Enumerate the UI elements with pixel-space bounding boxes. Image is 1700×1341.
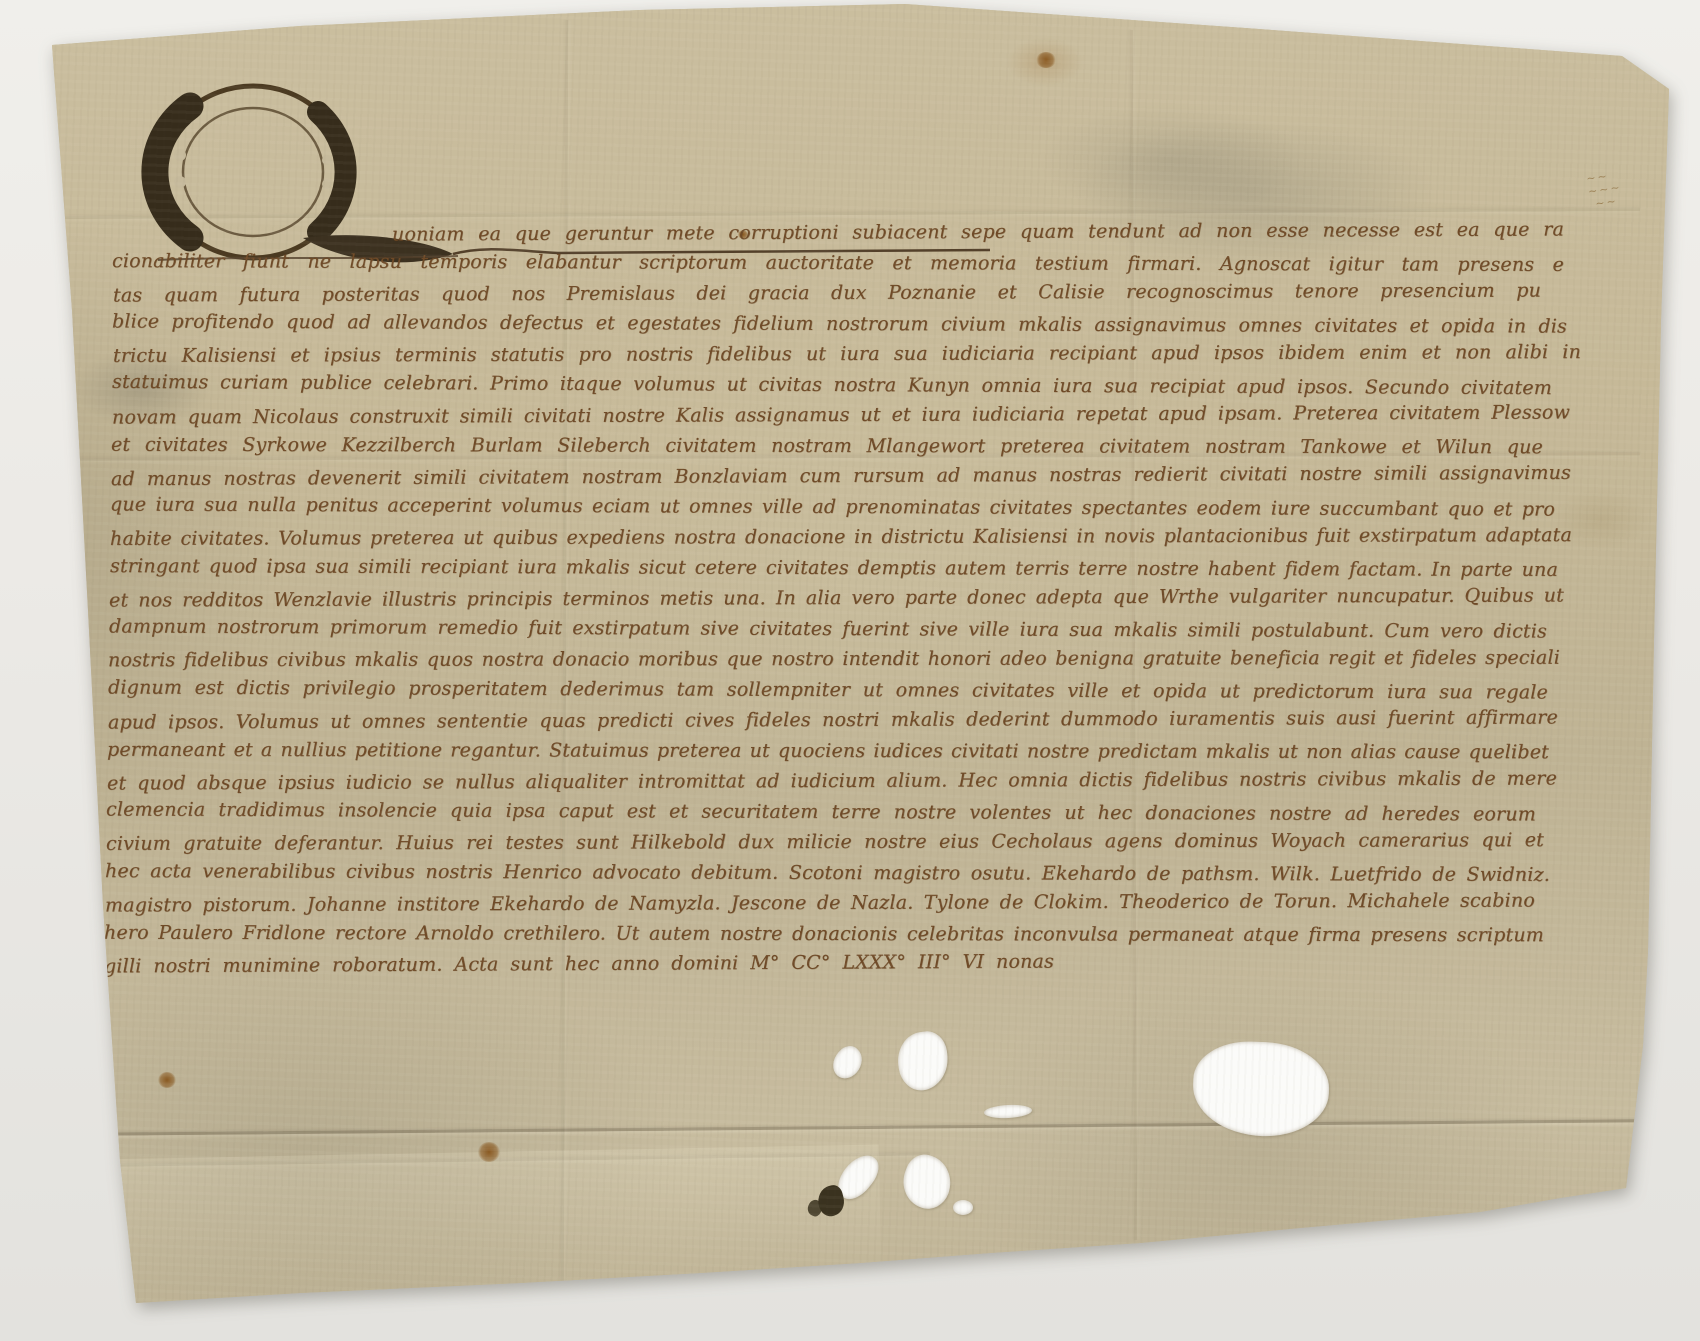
charter-text: uoniam ea que geruntur mete corruptioni …	[0, 0, 1700, 1341]
text-line: hero Paulero Fridlone rectore Arnoldo cr…	[104, 919, 1544, 953]
parchment-wrap: ~~~~~ ~~ uoniam ea que geruntur mete cor…	[0, 0, 1700, 1341]
parchment-charter: ~~~~~ ~~ uoniam ea que geruntur mete cor…	[0, 0, 1700, 1341]
text-line: trictu Kalisiensi et ipsius terminis sta…	[113, 338, 1581, 373]
text-line: nostris fidelibus civibus mkalis quos no…	[108, 644, 1560, 678]
text-line: tas quam futura posteritas quod nos Prem…	[113, 277, 1541, 313]
text-line: et quod absque ipsius iudicio se nullus …	[107, 764, 1557, 800]
text-line: apud ipsos. Volumus ut omnes sententie q…	[108, 703, 1558, 739]
text-line: dampnum nostrorum primorum remedio fuit …	[109, 612, 1547, 648]
text-line: habite civitates. Volumus preterea ut qu…	[110, 521, 1572, 556]
text-line-dating-clause: gilli nostri munimine roboratum. Acta su…	[104, 948, 1054, 984]
parchment-hole	[953, 1200, 973, 1215]
text-line: permaneant et a nullius petitione regant…	[107, 736, 1549, 770]
text-line: magistro pistorum. Johanne institore Eke…	[105, 887, 1535, 923]
text-line: novam quam Nicolaus construxit simili ci…	[112, 398, 1570, 434]
photo-stage: ~~~~~ ~~ uoniam ea que geruntur mete cor…	[0, 0, 1700, 1341]
text-line: civium gratuite deferantur. Huius rei te…	[106, 826, 1544, 861]
text-line: uoniam ea que geruntur mete corruptioni …	[392, 215, 1564, 251]
text-line: et nos redditos Wenzlavie illustris prin…	[109, 581, 1564, 617]
